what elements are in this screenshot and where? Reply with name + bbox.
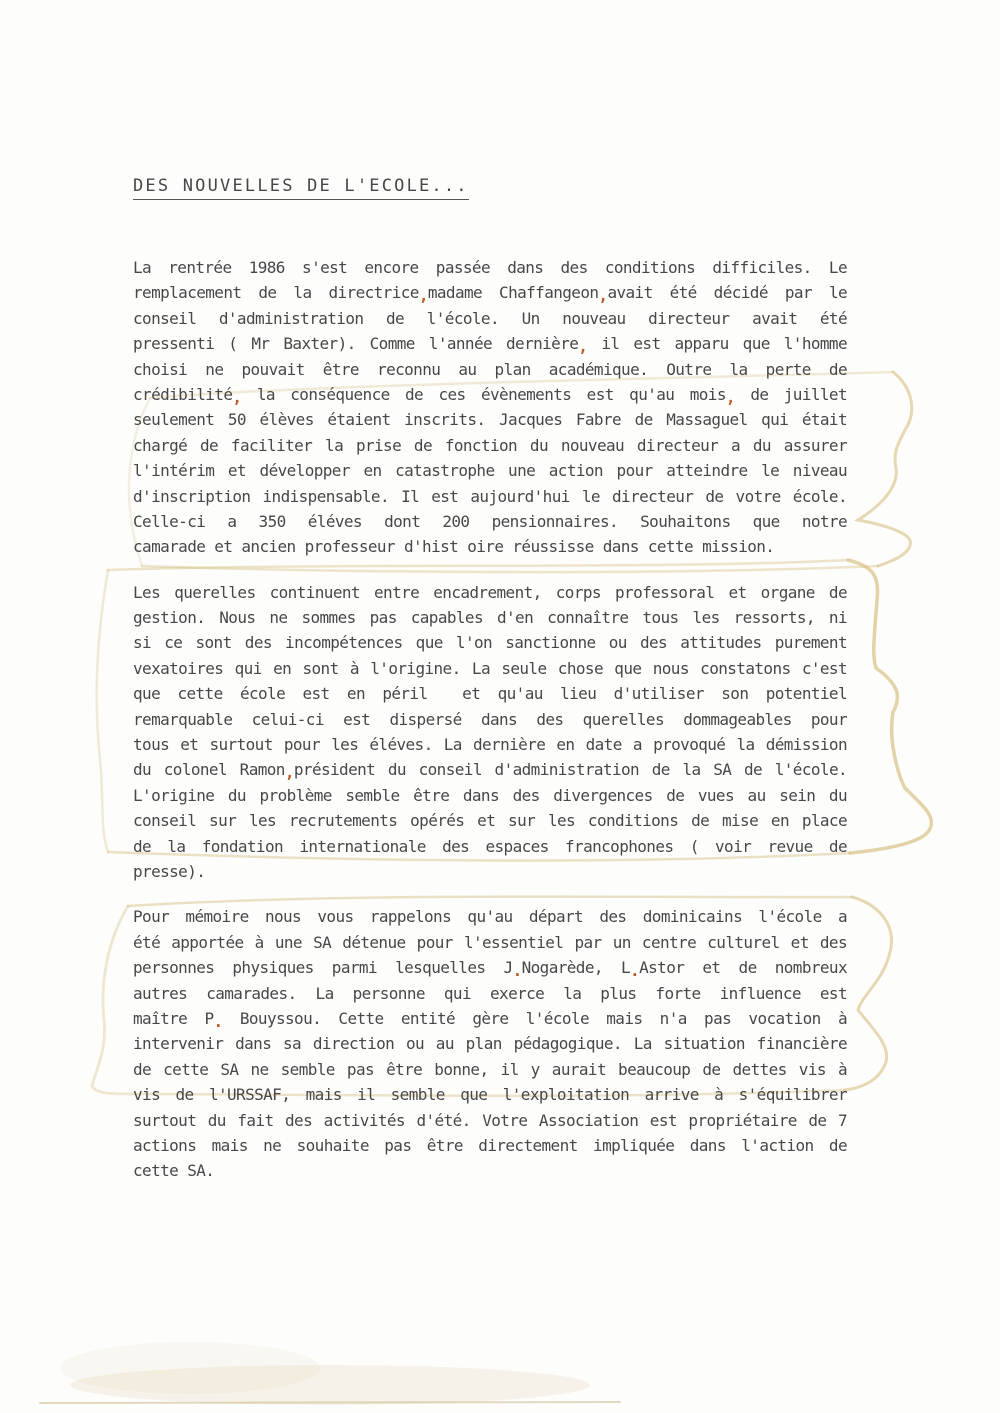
text-line: l'intérim et développer en catastrophe u… [133,458,847,483]
text-line: du colonel Ramon,président du conseil d'… [133,757,847,782]
text-line: conseil sur les recrutements opérés et s… [133,808,847,833]
text-line: pressenti ( Mr Baxter). Comme l'année de… [133,331,847,356]
text-line: vis de l'URSSAF, mais il semble que l'ex… [133,1082,847,1107]
handwritten-mark: , [232,388,241,407]
text-line: vexatoires qui en sont à l'origine. La s… [133,656,847,681]
text-line: chargé de faciliter la prise de fonction… [133,433,847,458]
handwritten-mark: , [419,286,428,305]
text-line: d'inscription indispensable. Il est aujo… [133,484,847,509]
paragraph: La rentrée 1986 s'est encore passée dans… [133,255,847,560]
handwritten-mark: . [630,961,639,980]
handwritten-mark: , [285,763,294,782]
text-line: seulement 50 élèves étaient inscrits. Ja… [133,407,847,432]
text-line: Pour mémoire nous vous rappelons qu'au d… [133,904,847,929]
scanned-document-page: DES NOUVELLES DE L'ECOLE... La rentrée 1… [0,0,1000,1413]
text-line: si ce sont des incompétences que l'on sa… [133,630,847,655]
text-line: conseil d'administration de l'école. Un … [133,306,847,331]
text-line: actions mais ne souhaite pas être direct… [133,1133,847,1158]
handwritten-mark: . [513,961,522,980]
text-line: surtout du fait des activités d'été. Vot… [133,1108,847,1133]
text-line: choisi ne pouvait être reconnu au plan a… [133,357,847,382]
text-line: camarade et ancien professeur d'hist oir… [133,534,847,559]
text-line: L'origine du problème semble être dans d… [133,783,847,808]
paragraph: Les querelles continuent entre encadreme… [133,580,847,885]
text-line: Les querelles continuent entre encadreme… [133,580,847,605]
handwritten-mark: , [726,388,735,407]
text-line: crédibilité, la conséquence de ces évène… [133,382,847,407]
text-line: maître P. Bouyssou. Cette entité gère l'… [133,1006,847,1031]
text-line: gestion. Nous ne sommes pas capables d'e… [133,605,847,630]
text-line: été apportée à une SA détenue pour l'ess… [133,930,847,955]
text-line: La rentrée 1986 s'est encore passée dans… [133,255,847,280]
text-line: de la fondation internationale des espac… [133,834,847,859]
text-line: cette SA. [133,1158,847,1183]
text-line: autres camarades. La personne qui exerce… [133,981,847,1006]
text-line: que cette école est en péril et qu'au li… [133,681,847,706]
document-title: DES NOUVELLES DE L'ECOLE... [133,176,469,200]
text-line: remarquable celui-ci est dispersé dans d… [133,707,847,732]
text-line: presse). [133,859,847,884]
handwritten-mark: . [214,1012,223,1031]
text-line: intervenir dans sa direction ou au plan … [133,1031,847,1056]
text-line: Celle-ci a 350 éléves dont 200 pensionna… [133,509,847,534]
document-body: La rentrée 1986 s'est encore passée dans… [133,255,847,1204]
text-line: remplacement de la directrice,madame Cha… [133,280,847,305]
handwritten-mark: , [598,286,607,305]
handwritten-mark: , [578,337,587,356]
paragraph: Pour mémoire nous vous rappelons qu'au d… [133,904,847,1183]
text-line: de cette SA ne semble pas être bonne, il… [133,1057,847,1082]
text-line: tous et surtout pour les éléves. La dern… [133,732,847,757]
text-line: personnes physiques parmi lesquelles J.N… [133,955,847,980]
